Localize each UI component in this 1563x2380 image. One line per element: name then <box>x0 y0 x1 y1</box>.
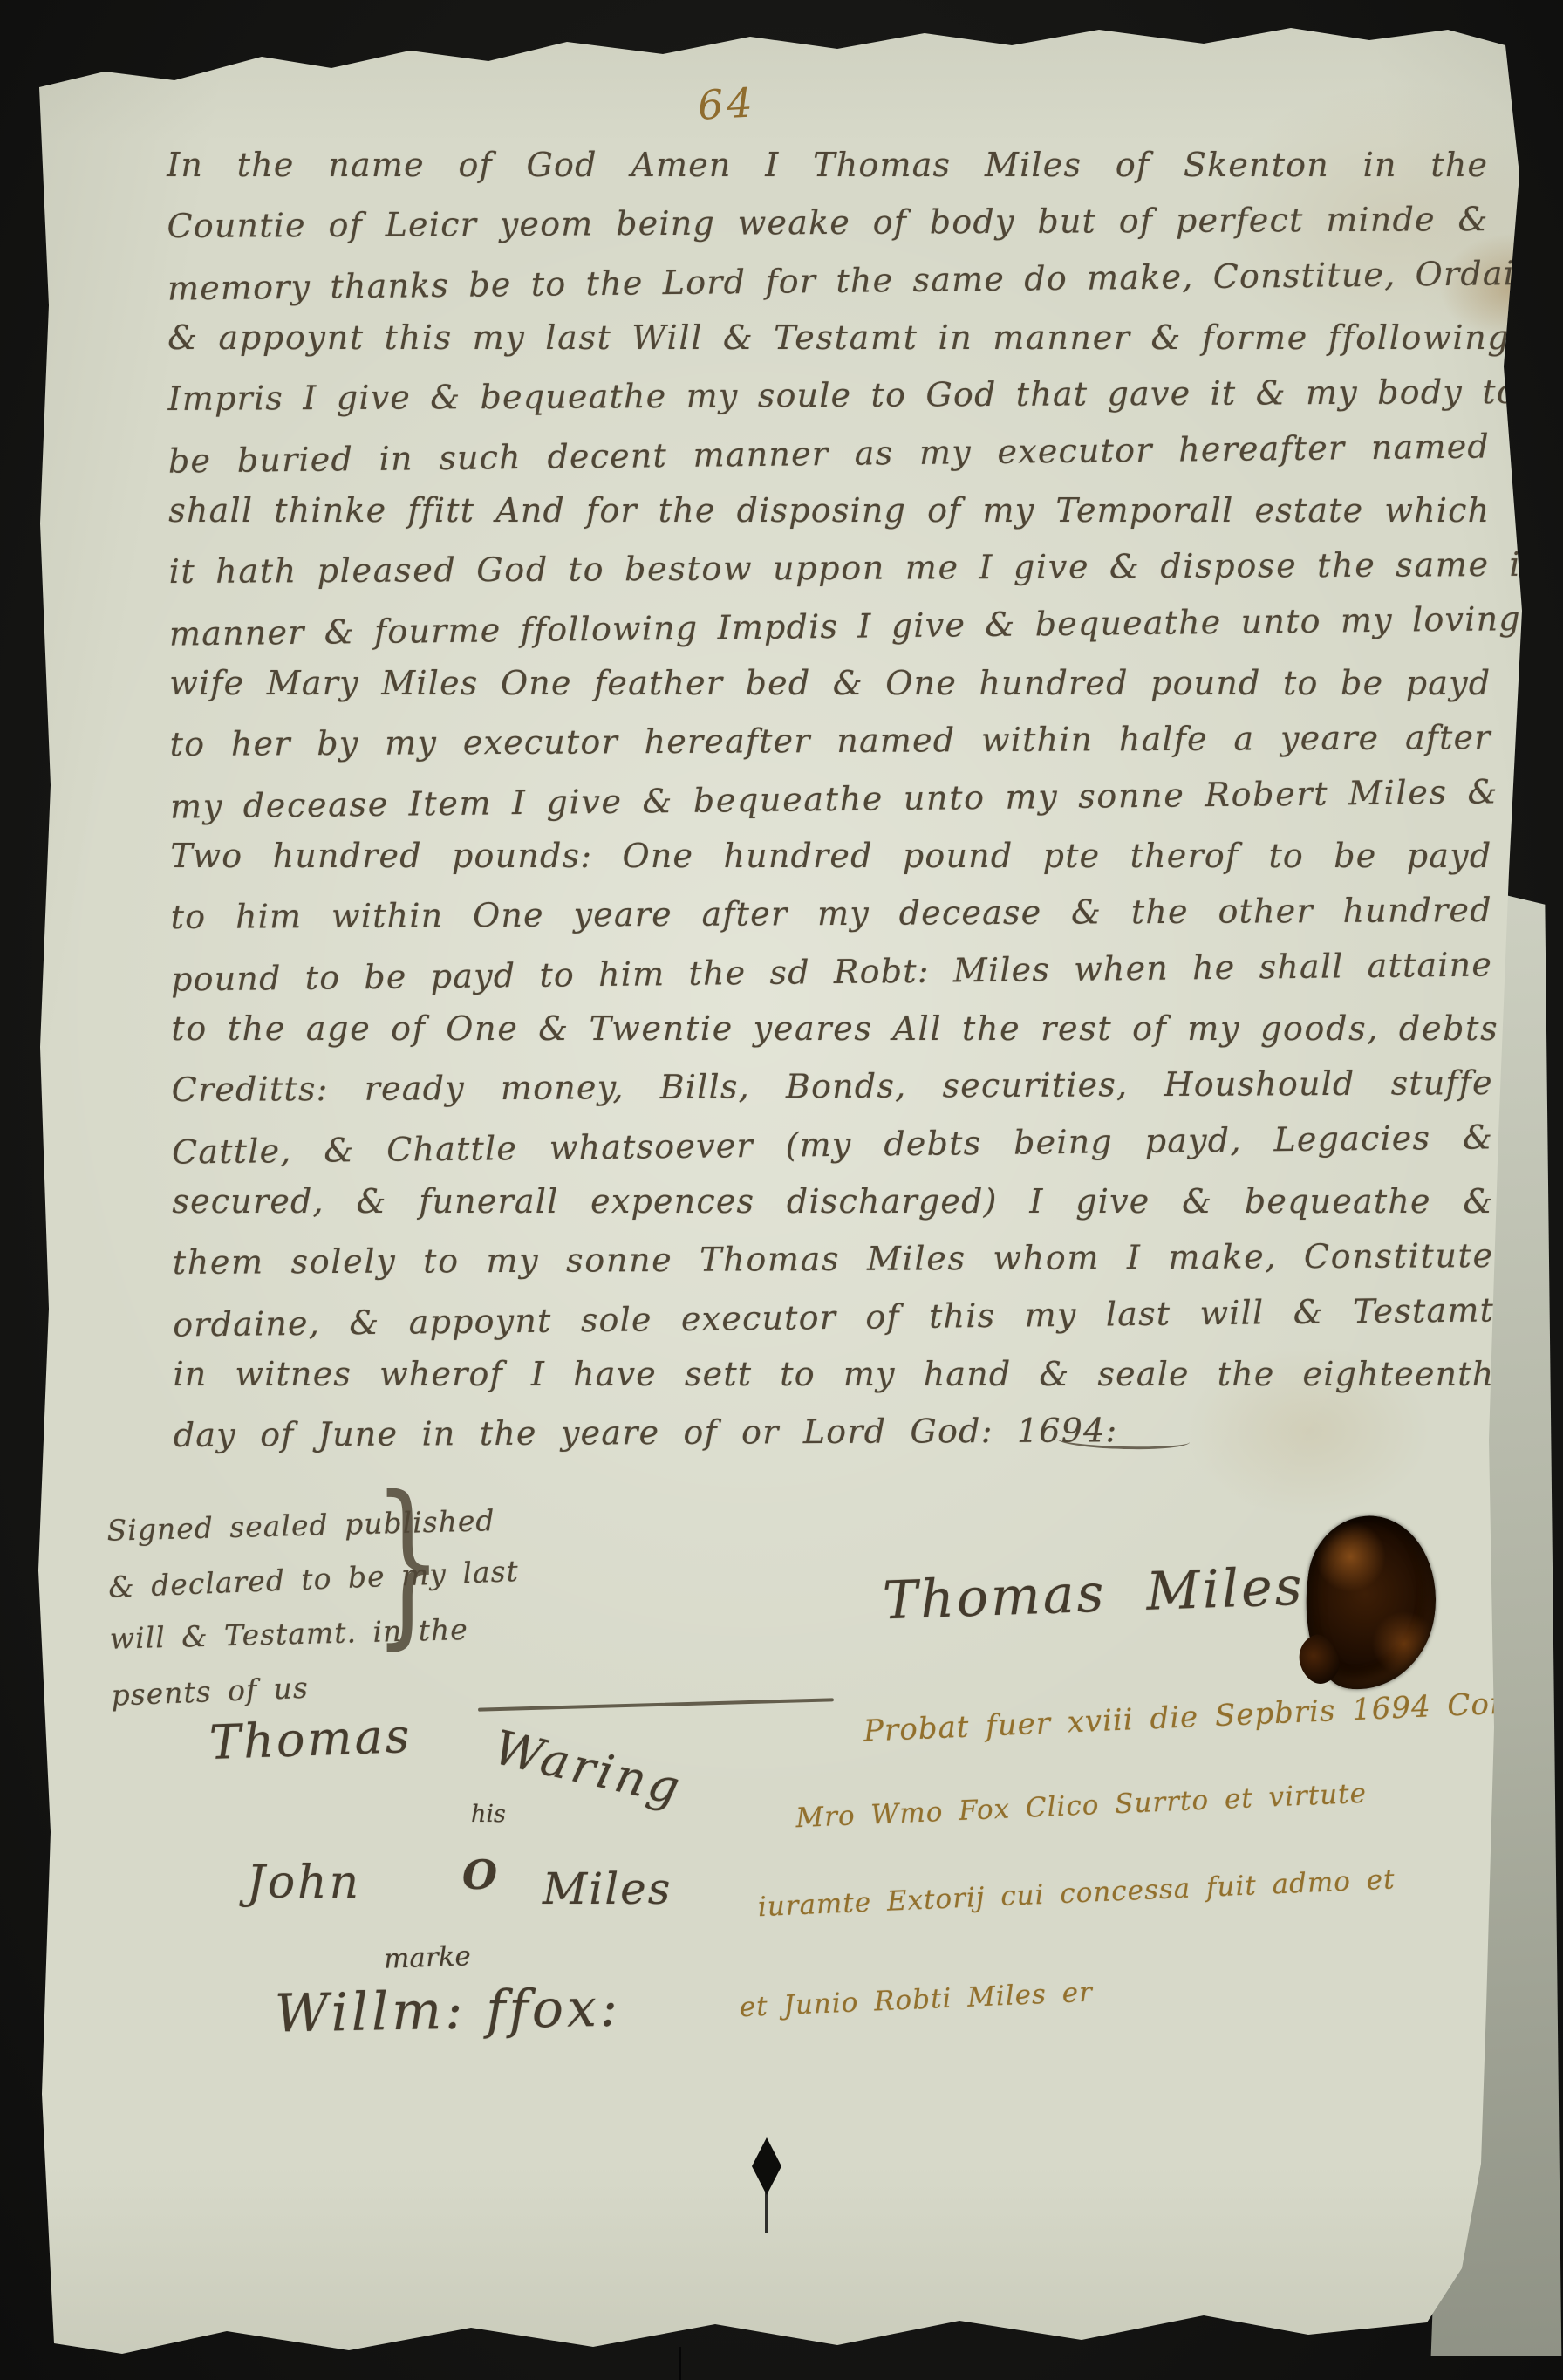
will-line: them solely to my sonne Thomas Miles who… <box>173 1227 1494 1291</box>
witness-signature-miles: Miles <box>543 1864 672 1914</box>
probate-line: Mro Wmo Fox Clico Surrto et virtute <box>795 1778 1368 1835</box>
will-line: secured, & funerall expences discharged)… <box>172 1173 1493 1230</box>
will-line: shall thinke ffitt And for the disposing… <box>168 482 1490 539</box>
witness-signature-waring: Waring <box>489 1720 688 1816</box>
probate-line: Probat fuer xviii die Sepbris 1694 Cor <box>863 1686 1505 1749</box>
will-line: Two hundred pounds: One hundred pound pt… <box>170 827 1491 885</box>
probate-line: et Junio Robti Miles er <box>739 1977 1094 2024</box>
pen-rule-stroke <box>478 1698 834 1711</box>
witness-signature-john: John <box>247 1857 361 1909</box>
will-line: it hath pleased God to bestow uppon me I… <box>168 536 1490 600</box>
will-line: be buried in such decent manner as my ex… <box>168 417 1491 489</box>
paper-hole <box>752 2137 783 2235</box>
background-crease <box>679 2347 681 2380</box>
will-line: Countie of Leicr yeom being weake of bod… <box>167 190 1488 255</box>
mark-caption-marke: marke <box>383 1940 471 1974</box>
witness-mark: O <box>462 1851 497 1898</box>
photo-background: 64 In the name of God Amen I Thomas Mile… <box>0 0 1563 2380</box>
will-line: Cattle, & Chattle whatsoever (my debts b… <box>172 1108 1494 1180</box>
testator-signature: Thomas Miles <box>882 1556 1306 1632</box>
paper-hole-tear <box>765 2190 768 2233</box>
will-body-text: In the name of God Amen I Thomas Miles o… <box>167 133 1495 1464</box>
will-line: in witnes wherof I have sett to my hand … <box>173 1345 1494 1403</box>
will-line: my decease Item I give & bequeathe unto … <box>170 763 1492 835</box>
will-line: manner & fourme ffollowing Impdis I give… <box>169 590 1491 662</box>
attestation-brace: } <box>373 1473 442 1651</box>
paper-hole-shape <box>752 2137 781 2195</box>
manuscript-page: 64 In the name of God Amen I Thomas Mile… <box>0 0 1563 2380</box>
page-number: 64 <box>697 79 757 128</box>
will-line: Impris I give & bequeathe my soule to Go… <box>167 363 1489 427</box>
probate-line: iuramte Extorij cui concessa fuit admo e… <box>757 1864 1396 1923</box>
will-line: Creditts: ready money, Bills, Bonds, sec… <box>172 1054 1493 1118</box>
mark-caption-his: his <box>471 1801 506 1828</box>
witness-signature-fox: Willm: ffox: <box>274 1978 621 2045</box>
will-line: & appoynt this my last Will & Testamt in… <box>167 309 1489 366</box>
will-line-dateline: day of June in the yeare of or Lord God:… <box>174 1399 1495 1464</box>
will-line: to her by my executor hereafter named wi… <box>169 708 1491 773</box>
will-line: pound to be payd to him the sd Robt: Mil… <box>171 935 1493 1008</box>
will-line: memory thanks be to the Lord for the sam… <box>167 244 1490 317</box>
will-line: to him within One yeare after my decease… <box>171 881 1492 946</box>
witness-signature-thomas: Thomas <box>208 1708 413 1770</box>
probate-annotation: Probat fuer xviii die Sepbris 1694 Cor M… <box>725 1685 1438 2081</box>
wax-seal <box>1305 1516 1436 1691</box>
will-line: to the age of One & Twentie yeares All t… <box>171 1000 1492 1057</box>
will-line: ordaine, & appoynt sole executor of this… <box>173 1281 1495 1353</box>
will-line: In the name of God Amen I Thomas Miles o… <box>167 136 1488 194</box>
will-line: wife Mary Miles One feather bed & One hu… <box>169 654 1491 712</box>
